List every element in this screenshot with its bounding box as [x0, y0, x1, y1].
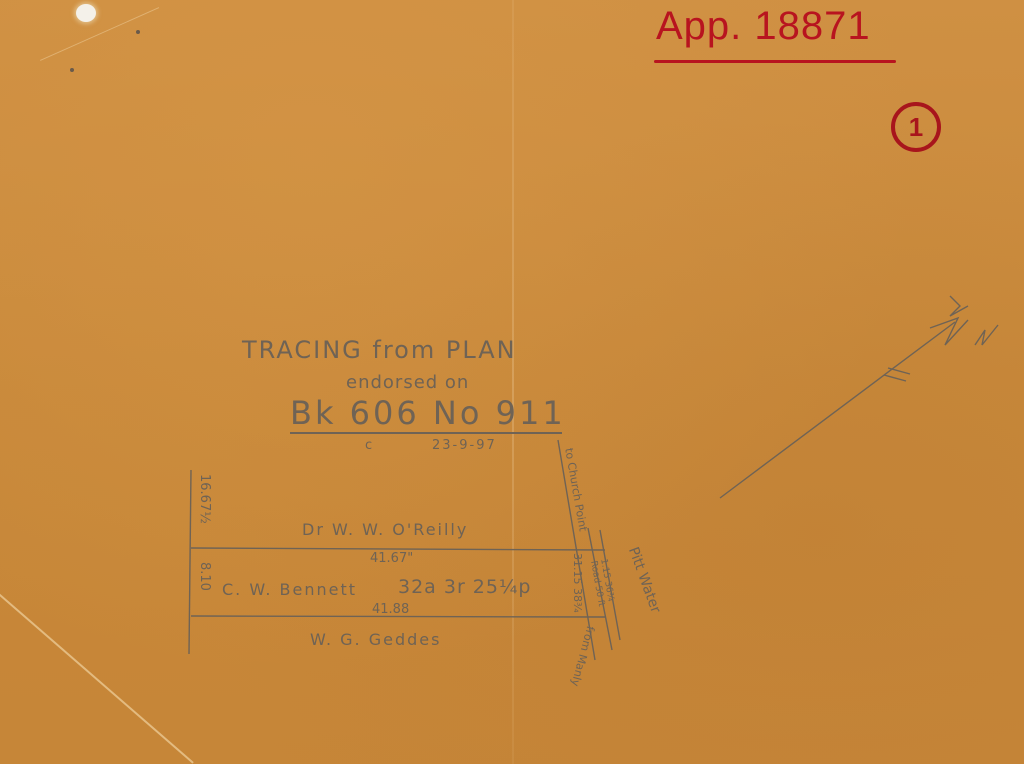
dimension-left-width: 8.10: [197, 562, 212, 591]
dimension-top: 41.67": [370, 551, 413, 566]
lot-owner-south: W. G. Geddes: [310, 630, 441, 649]
plan-drawing: [0, 0, 1024, 764]
dimension-bottom: 41.88: [372, 602, 409, 617]
dimension-right-width: 31.15 38¾: [571, 553, 584, 613]
lot-owner-north: Dr W. W. O'Reilly: [302, 520, 468, 539]
lot-owner-subject: C. W. Bennett: [222, 580, 357, 599]
lot-area: 32a 3r 25¼p: [398, 576, 531, 598]
dimension-left-upper: 16.67½: [197, 474, 212, 524]
